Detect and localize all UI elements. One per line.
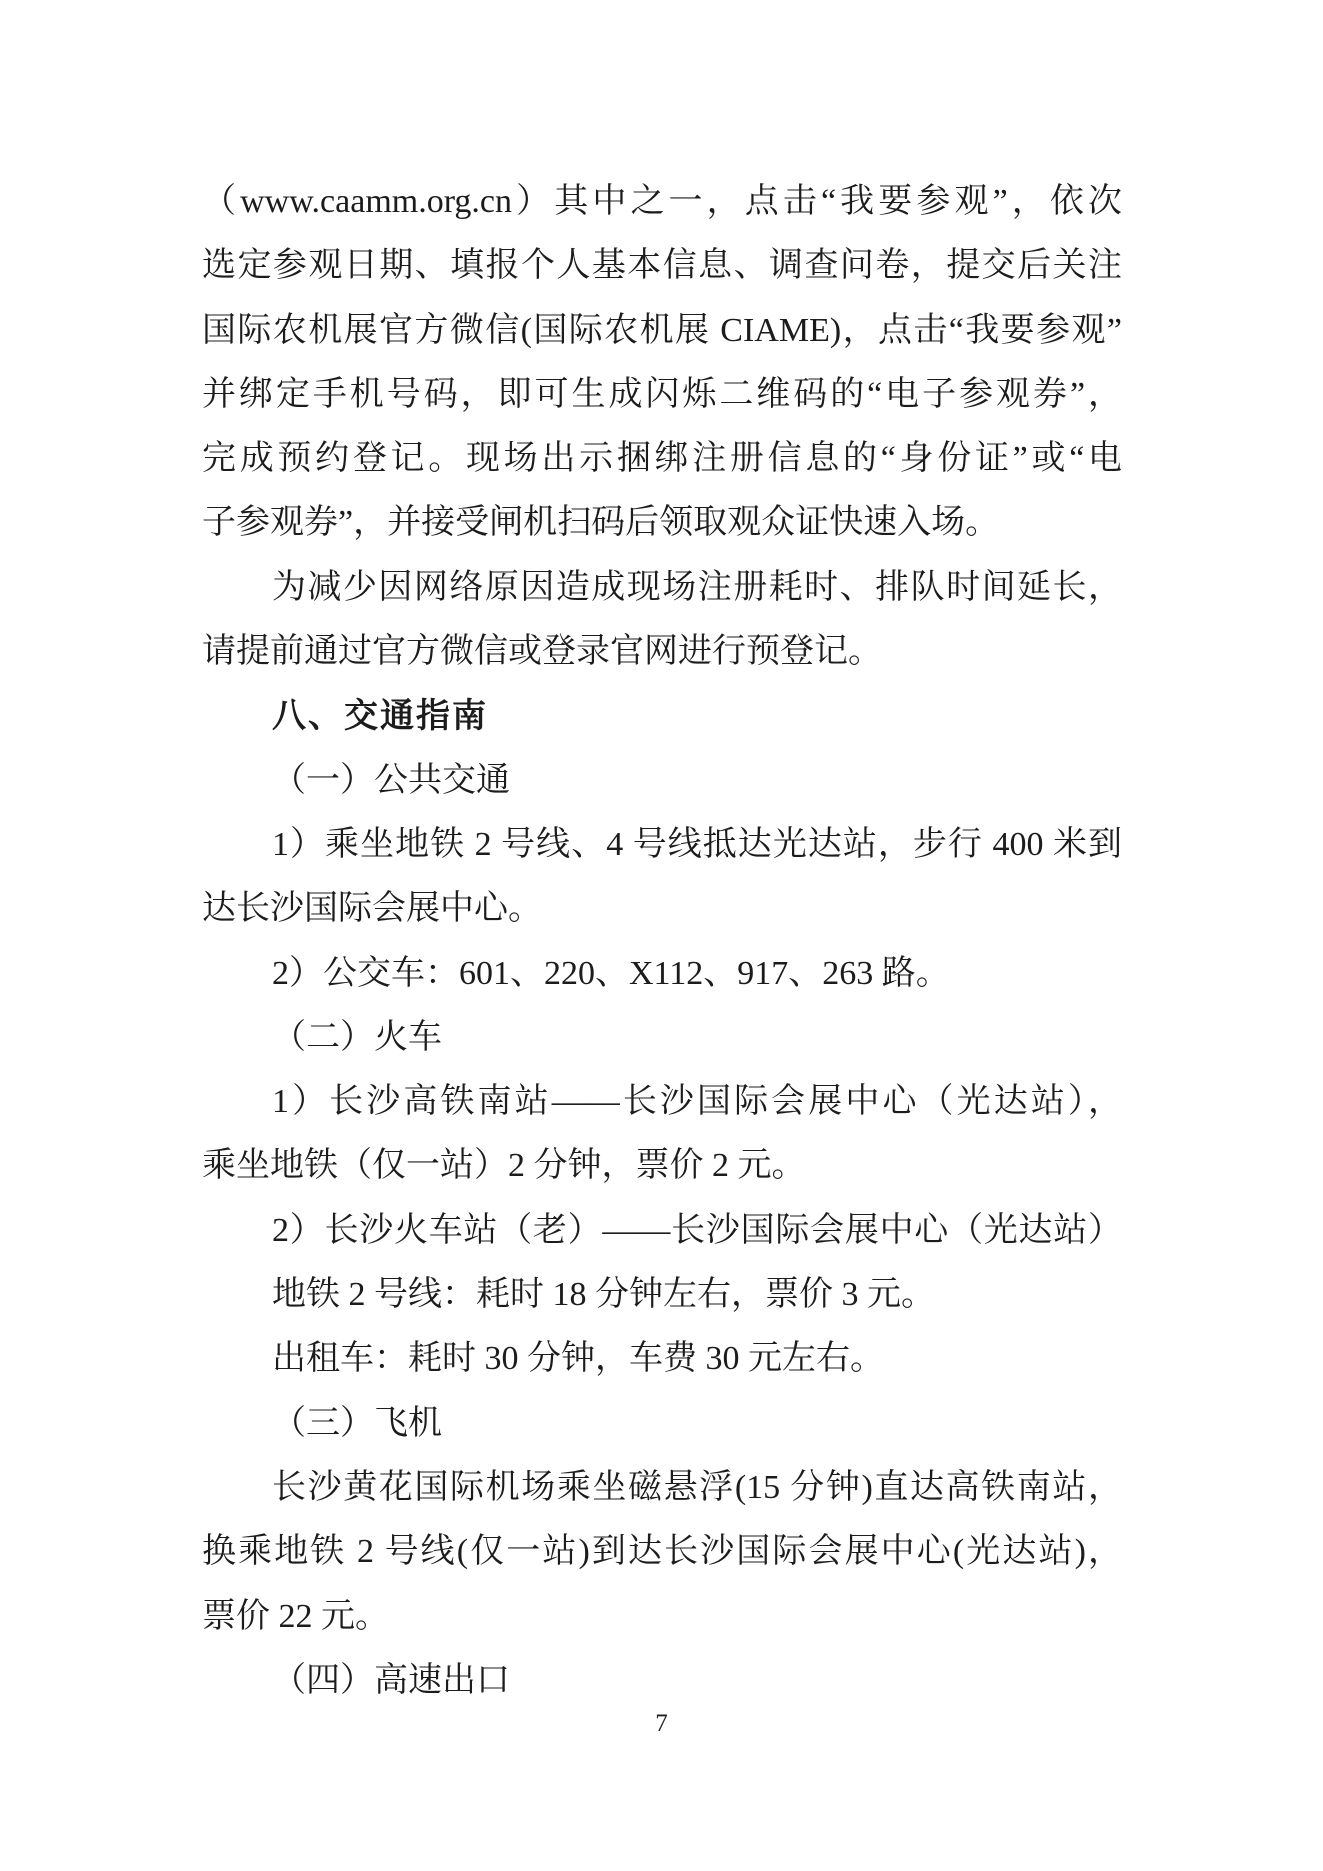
text-line: 为减少因网络原因造成现场注册耗时、排队时间延长， xyxy=(202,556,1122,620)
text-line: 2）长沙火车站（老）——长沙国际会展中心（光达站） xyxy=(202,1199,1122,1263)
text-line: 1）乘坐地铁 2 号线、4 号线抵达光达站，步行 400 米到 xyxy=(202,813,1122,877)
text-line: 选定参观日期、填报个人基本信息、调查问卷，提交后关注 xyxy=(202,234,1122,298)
subheading-train: （二）火车 xyxy=(202,1006,1122,1070)
text-line: 完成预约登记。现场出示捆绑注册信息的“身份证”或“电 xyxy=(202,427,1122,491)
subheading-airplane: （三）飞机 xyxy=(202,1392,1122,1456)
document-body: （www.caamm.org.cn）其中之一，点击“我要参观”，依次 选定参观日… xyxy=(202,170,1122,1713)
text-line: 乘坐地铁（仅一站）2 分钟，票价 2 元。 xyxy=(202,1134,1122,1198)
page-number: 7 xyxy=(0,1706,1323,1742)
document-page: （www.caamm.org.cn）其中之一，点击“我要参观”，依次 选定参观日… xyxy=(0,0,1323,1871)
text-line: 1）长沙高铁南站——长沙国际会展中心（光达站）， xyxy=(202,1070,1122,1134)
text-line: 国际农机展官方微信(国际农机展 CIAME)，点击“我要参观” xyxy=(202,299,1122,363)
text-line: （www.caamm.org.cn）其中之一，点击“我要参观”，依次 xyxy=(202,170,1122,234)
text-line: 换乘地铁 2 号线(仅一站)到达长沙国际会展中心(光达站)， xyxy=(202,1520,1122,1584)
subheading-public-transport: （一）公共交通 xyxy=(202,749,1122,813)
text-line: 长沙黄花国际机场乘坐磁悬浮(15 分钟)直达高铁南站， xyxy=(202,1456,1122,1520)
subheading-highway-exit: （四）高速出口 xyxy=(202,1649,1122,1713)
text-line: 2）公交车：601、220、X112、917、263 路。 xyxy=(202,942,1122,1006)
text-line: 出租车：耗时 30 分钟，车费 30 元左右。 xyxy=(202,1327,1122,1391)
text-line: 地铁 2 号线：耗时 18 分钟左右，票价 3 元。 xyxy=(202,1263,1122,1327)
heading-transport-guide: 八、交通指南 xyxy=(202,684,1122,748)
text-line: 请提前通过官方微信或登录官网进行预登记。 xyxy=(202,620,1122,684)
text-line: 达长沙国际会展中心。 xyxy=(202,877,1122,941)
text-line: 并绑定手机号码，即可生成闪烁二维码的“电子参观券”， xyxy=(202,363,1122,427)
text-line: 子参观券”，并接受闸机扫码后领取观众证快速入场。 xyxy=(202,491,1122,555)
text-line: 票价 22 元。 xyxy=(202,1585,1122,1649)
